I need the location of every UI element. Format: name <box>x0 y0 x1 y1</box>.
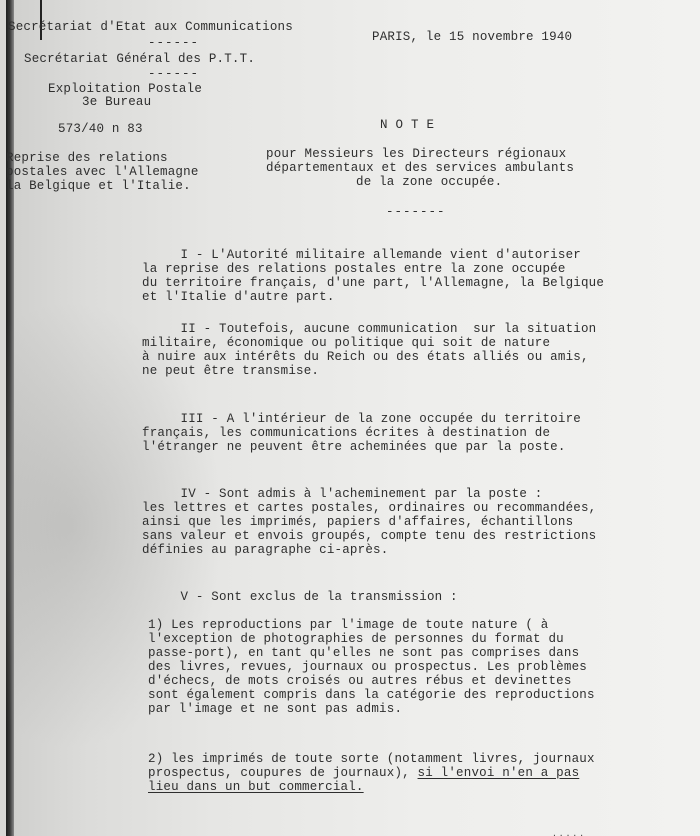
letterhead-separator: ------ <box>148 36 199 50</box>
addressee-line: de la zone occupée. <box>356 175 502 189</box>
footer-marks: ..... <box>552 830 586 836</box>
text-line: l'exception de photographies de personne… <box>148 632 564 646</box>
letterhead-ministry: Secrétariat d'Etat aux Communications <box>8 20 293 34</box>
text-line: par l'image et ne sont pas admis. <box>148 702 402 716</box>
text-line: passe-port), en tant qu'elles ne sont pa… <box>148 646 579 660</box>
text-line: III - A l'intérieur de la zone occupée d… <box>142 412 581 426</box>
text-line: 1) Les reproductions par l'image de tout… <box>148 618 548 632</box>
text-line: les lettres et cartes postales, ordinair… <box>142 501 596 515</box>
subject-line: postales avec l'Allemagne <box>6 165 199 179</box>
text-line: 2) les imprimés de toute sorte (notammen… <box>148 752 595 766</box>
subject-line: Reprise des relations <box>6 151 168 165</box>
text-line: IV - Sont admis à l'acheminement par la … <box>142 487 542 501</box>
addressee-line: pour Messieurs les Directeurs régionaux <box>266 147 566 161</box>
text-line: d'échecs, de mots croisés ou autres rébu… <box>148 674 572 688</box>
letterhead-bureau: 3e Bureau <box>82 95 151 109</box>
reference-number: 573/40 n 83 <box>58 122 143 136</box>
letterhead-separator: ------ <box>148 67 199 81</box>
text-line: ainsi que les imprimés, papiers d'affair… <box>142 515 573 529</box>
text-line: l'étranger ne peuvent être acheminées qu… <box>142 440 566 454</box>
text-line: militaire, économique ou politique qui s… <box>142 336 550 350</box>
text-line: du territoire français, d'une part, l'Al… <box>142 276 604 290</box>
addressee-separator: ------- <box>386 205 446 219</box>
text-line: ne peut être transmise. <box>142 364 319 378</box>
text-line: I - L'Autorité militaire allemande vient… <box>142 248 581 262</box>
text-line: II - Toutefois, aucune communication sur… <box>142 322 596 336</box>
underlined-text: si l'envoi n'en a pas <box>418 766 580 780</box>
text-line: français, les communications écrites à d… <box>142 426 550 440</box>
subject-line: la Belgique et l'Italie. <box>6 179 191 193</box>
text-line: prospectus, coupures de journaux), si l'… <box>148 766 579 780</box>
document-title: NOTE <box>380 118 442 132</box>
underlined-text: lieu dans un but commercial. <box>148 780 364 794</box>
text-line: la reprise des relations postales entre … <box>142 262 566 276</box>
text-line: sont également compris dans la catégorie… <box>148 688 595 702</box>
letterhead-secretariat: Secrétariat Général des P.T.T. <box>24 52 255 66</box>
text-line: sans valeur et envois groupés, compte te… <box>142 529 596 543</box>
addressee-line: départementaux et des services ambulants <box>266 161 574 175</box>
text-line: et l'Italie d'autre part. <box>142 290 335 304</box>
document-page: Secrétariat d'Etat aux Communications --… <box>6 0 700 836</box>
text-segment: prospectus, coupures de journaux), <box>148 766 418 780</box>
text-line: des livres, revues, journaux ou prospect… <box>148 660 587 674</box>
section-heading: V - Sont exclus de la transmission : <box>142 590 458 604</box>
text-line: définies au paragraphe ci-après. <box>142 543 388 557</box>
text-line: à nuire aux intérêts du Reich ou des éta… <box>142 350 589 364</box>
place-date: PARIS, le 15 novembre 1940 <box>372 30 572 44</box>
